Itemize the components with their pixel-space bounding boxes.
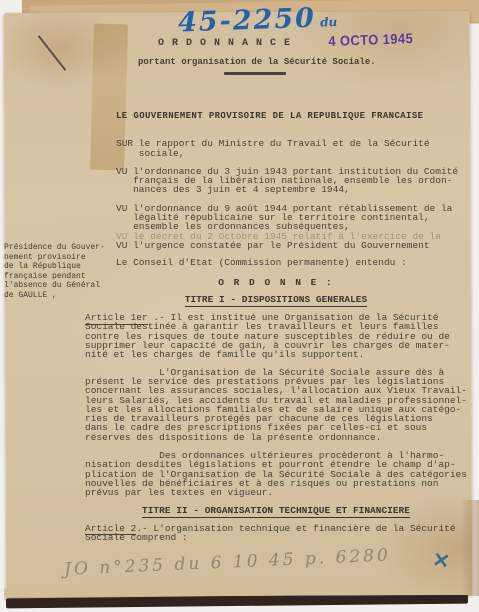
ordonne-line: O R D O N N E : [85,278,467,287]
date-stamp: 4 OCTO 1945 [328,30,414,49]
paragraph-ordonnances-ulterieures: Des ordonnances ultérieures procèderont … [85,451,467,497]
article-1-paragraph: Article 1er .- Il est institué une Organ… [85,313,467,359]
article-2-paragraph: Article 2.- L'organisation technique et … [85,524,467,543]
preamble-government: LE GOUVERNEMENT PROVISOIRE DE LA REPUBLI… [116,112,467,121]
subject-underline-rule [224,72,286,75]
titre-1-heading: TITRE I - DISPOSITIONS GENERALES [85,295,467,304]
article-2-continuation: Sociale comprend : [85,533,467,542]
document-body: LE GOUVERNEMENT PROVISOIRE DE LA REPUBLI… [85,112,467,542]
titre-1-heading-text: TITRE I - DISPOSITIONS GENERALES [185,294,367,307]
vu-urgence-line: VU l'urgence constatée par le Président … [116,241,467,250]
file-number-suffix: du [320,15,338,30]
sur-block: SUR le rapport du Ministre du Travail et… [116,139,467,158]
vu-1944-block: VU l'ordonnance du 9 août 1944 portant r… [116,204,467,232]
file-number-value: 45-2250 [178,3,317,39]
titre-2-heading: TITRE II - ORGANISATION TECHNIQUE ET FIN… [85,506,467,515]
article-1-continuation: Sociale destinée à garantir les travaill… [85,322,467,359]
titre-2-heading-text: TITRE II - ORGANISATION TECHNIQUE ET FIN… [142,505,410,518]
conseil-etat-line: Le Conseil d'Etat (Commission permanente… [116,258,467,267]
paragraph-organisation: L'Organisation de la Sécurité Sociale as… [85,368,467,442]
subject-line: portant organisation de la Sécurité Soci… [138,57,376,67]
scanned-document: 45-2250du O R D O N N A N C E 4 OCTO 194… [0,0,479,612]
vu-1943-block: VU l'ordonnance du 3 juin 1943 portant i… [116,167,467,195]
document-type-title: O R D O N N A N C E [158,38,291,49]
